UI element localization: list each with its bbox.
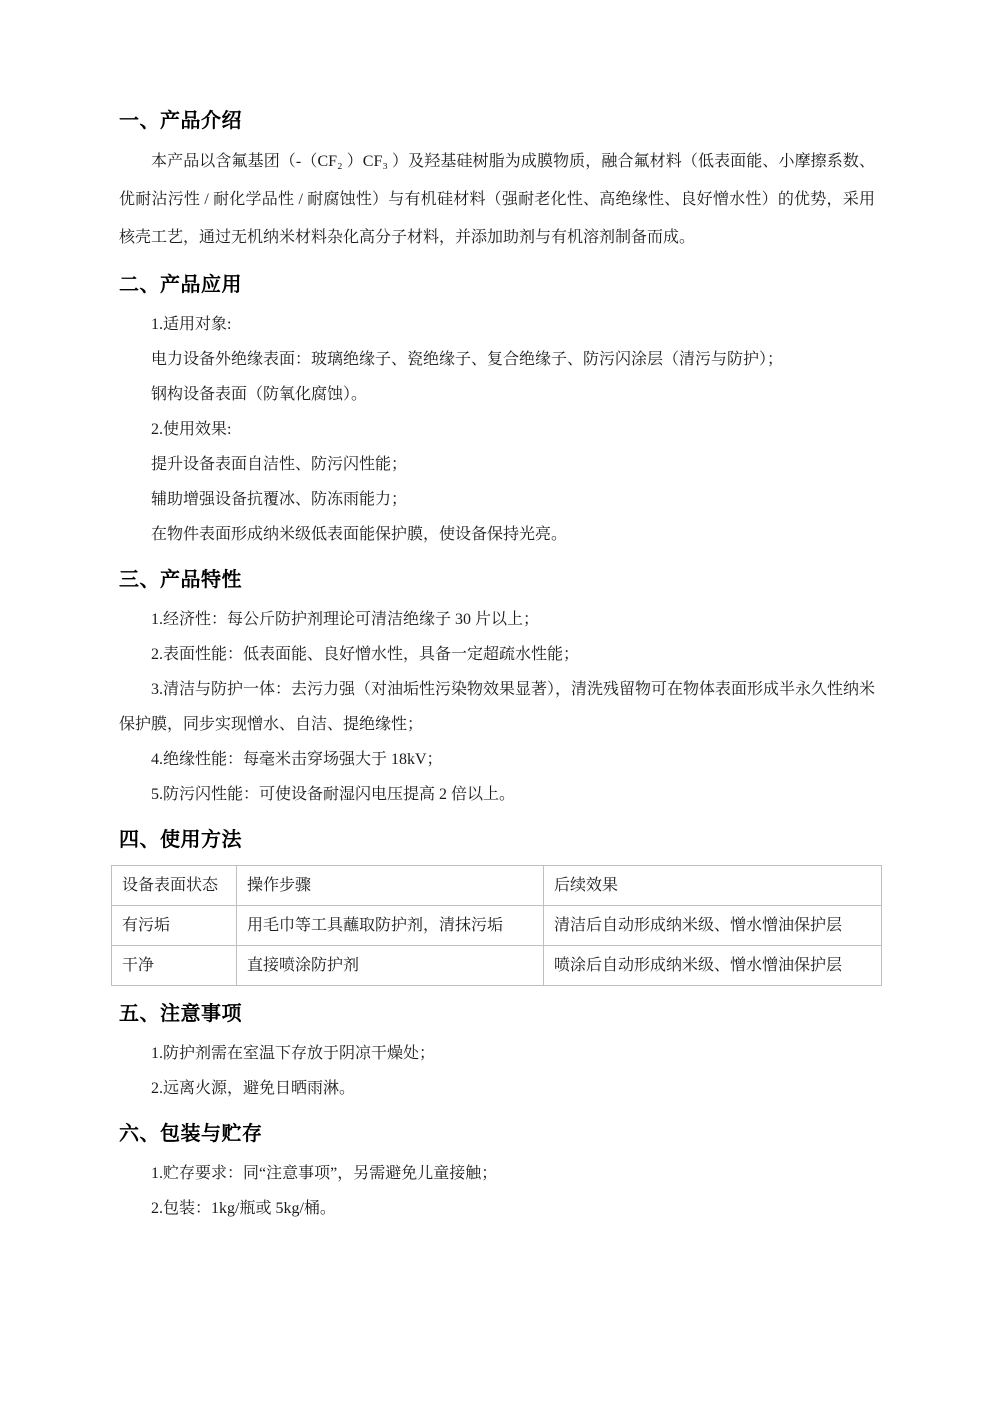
usage-table: 设备表面状态 操作步骤 后续效果 有污垢 用毛巾等工具蘸取防护剂，清抹污垢 清洁… — [111, 865, 882, 986]
paragraph: 1.贮存要求：同“注意事项”，另需避免儿童接触； — [119, 1156, 875, 1191]
table-row: 干净 直接喷涂防护剂 喷涂后自动形成纳米级、憎水憎油保护层 — [112, 946, 882, 986]
section-usage: 四、使用方法 设备表面状态 操作步骤 后续效果 有污垢 用毛巾等工具蘸取防护剂，… — [119, 825, 875, 986]
paragraph: 2.使用效果: — [119, 412, 875, 447]
paragraph: 2.包装：1kg/瓶或 5kg/桶。 — [119, 1191, 875, 1226]
paragraph: 电力设备外绝缘表面：玻璃绝缘子、瓷绝缘子、复合绝缘子、防污闪涂层（清污与防护）； — [119, 342, 875, 377]
table-row: 有污垢 用毛巾等工具蘸取防护剂，清抹污垢 清洁后自动形成纳米级、憎水憎油保护层 — [112, 906, 882, 946]
section-heading: 四、使用方法 — [119, 825, 875, 855]
paragraph: 本产品以含氟基团（-（CF₂ ）CF₃ ）及羟基硅树脂为成膜物质，融合氟材料（低… — [119, 143, 875, 257]
table-header-cell: 后续效果 — [544, 866, 882, 906]
paragraph: 2.表面性能：低表面能、良好憎水性，具备一定超疏水性能； — [119, 637, 875, 672]
section-heading: 二、产品应用 — [119, 270, 875, 300]
paragraph: 5.防污闪性能：可使设备耐湿闪电压提高 2 倍以上。 — [119, 777, 875, 812]
paragraph: 提升设备表面自洁性、防污闪性能； — [119, 447, 875, 482]
paragraph: 在物件表面形成纳米级低表面能保护膜，使设备保持光亮。 — [119, 517, 875, 552]
table-cell: 有污垢 — [112, 906, 237, 946]
section-heading: 一、产品介绍 — [119, 106, 875, 136]
section-application: 二、产品应用 1.适用对象: 电力设备外绝缘表面：玻璃绝缘子、瓷绝缘子、复合绝缘… — [119, 270, 875, 552]
document-content: 一、产品介绍 本产品以含氟基团（-（CF₂ ）CF₃ ）及羟基硅树脂为成膜物质，… — [0, 0, 992, 1226]
section-intro: 一、产品介绍 本产品以含氟基团（-（CF₂ ）CF₃ ）及羟基硅树脂为成膜物质，… — [119, 106, 875, 257]
section-heading: 六、包装与贮存 — [119, 1119, 875, 1149]
paragraph: 4.绝缘性能：每毫米击穿场强大于 18kV； — [119, 742, 875, 777]
section-precautions: 五、注意事项 1.防护剂需在室温下存放于阴凉干燥处； 2.远离火源，避免日晒雨淋… — [119, 999, 875, 1106]
table-cell: 喷涂后自动形成纳米级、憎水憎油保护层 — [544, 946, 882, 986]
paragraph: 1.防护剂需在室温下存放于阴凉干燥处； — [119, 1036, 875, 1071]
table-cell: 干净 — [112, 946, 237, 986]
paragraph: 钢构设备表面（防氧化腐蚀）。 — [119, 377, 875, 412]
table-cell: 用毛巾等工具蘸取防护剂，清抹污垢 — [237, 906, 544, 946]
paragraph: 3.清洁与防护一体：去污力强（对油垢性污染物效果显著），清洗残留物可在物体表面形… — [119, 672, 875, 742]
table-cell: 清洁后自动形成纳米级、憎水憎油保护层 — [544, 906, 882, 946]
document-page: 一、产品介绍 本产品以含氟基团（-（CF₂ ）CF₃ ）及羟基硅树脂为成膜物质，… — [0, 0, 992, 1403]
paragraph: 2.远离火源，避免日晒雨淋。 — [119, 1071, 875, 1106]
section-features: 三、产品特性 1.经济性：每公斤防护剂理论可清洁绝缘子 30 片以上； 2.表面… — [119, 565, 875, 812]
table-header-row: 设备表面状态 操作步骤 后续效果 — [112, 866, 882, 906]
paragraph: 辅助增强设备抗覆冰、防冻雨能力； — [119, 482, 875, 517]
paragraph: 1.经济性：每公斤防护剂理论可清洁绝缘子 30 片以上； — [119, 602, 875, 637]
table-header-cell: 设备表面状态 — [112, 866, 237, 906]
section-packaging: 六、包装与贮存 1.贮存要求：同“注意事项”，另需避免儿童接触； 2.包装：1k… — [119, 1119, 875, 1226]
section-heading: 五、注意事项 — [119, 999, 875, 1029]
section-heading: 三、产品特性 — [119, 565, 875, 595]
table-header-cell: 操作步骤 — [237, 866, 544, 906]
paragraph: 1.适用对象: — [119, 307, 875, 342]
table-cell: 直接喷涂防护剂 — [237, 946, 544, 986]
